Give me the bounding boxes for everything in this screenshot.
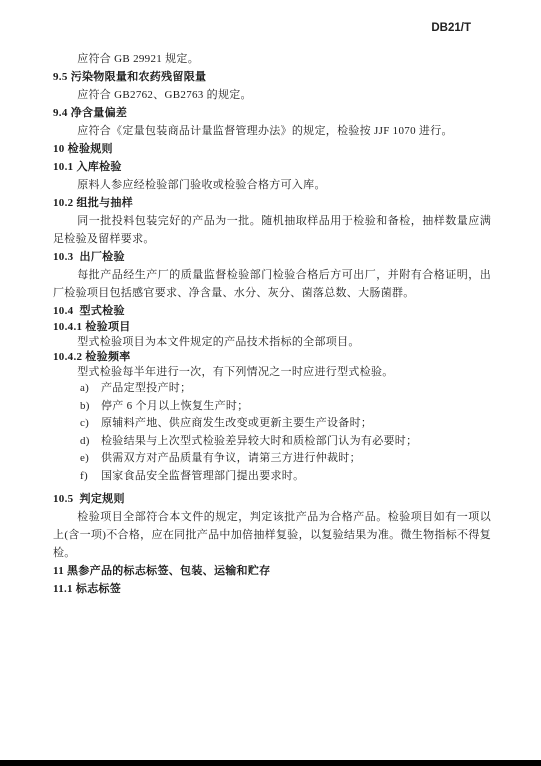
heading-10: 10 检验规则 [53,140,491,158]
paragraph-9-4: 应符合《定量包装商品计量监督管理办法》的规定，检验按 JJF 1070 进行。 [53,122,491,140]
page-edge-bar [0,760,541,766]
list-item: f) 国家食品安全监督管理部门提出要求时。 [80,468,491,486]
list-item-label: c) [80,415,101,433]
heading-10-4-1: 10.4.1 检验项目 [53,320,491,335]
heading-11: 11 黑参产品的标志标签、包装、运输和贮存 [53,562,491,580]
list-item: e) 供需双方对产品质量有争议，请第三方进行仲裁时； [80,450,491,468]
list-item-text: 国家食品安全监督管理部门提出要求时。 [101,468,491,486]
heading-10-4: 10.4 型式检验 [53,302,491,320]
doc-code-header: DB21/T [431,22,471,34]
paragraph-gb29921: 应符合 GB 29921 规定。 [53,50,491,68]
heading-10-4-2: 10.4.2 检验频率 [53,350,491,365]
list-item-label: f) [80,468,101,486]
list-item: b) 停产 6 个月以上恢复生产时； [80,398,491,416]
list-item-text: 停产 6 个月以上恢复生产时； [101,398,491,416]
document-page: DB21/T 应符合 GB 29921 规定。 9.5 污染物限量和农药残留限量… [0,0,541,766]
paragraph-10-4-2: 型式检验每半年进行一次，有下列情况之一时应进行型式检验。 [53,365,491,380]
list-item-label: d) [80,433,101,451]
list-item: a) 产品定型投产时； [80,380,491,398]
heading-10-2: 10.2 组批与抽样 [53,194,491,212]
page-content: 应符合 GB 29921 规定。 9.5 污染物限量和农药残留限量 应符合 GB… [53,50,491,598]
list-item-label: a) [80,380,101,398]
paragraph-10-1: 原料人参应经检验部门验收或检验合格方可入库。 [53,176,491,194]
list-item-text: 原辅料产地、供应商发生改变或更新主要生产设备时； [101,415,491,433]
list-item-text: 检验结果与上次型式检验差异较大时和质检部门认为有必要时； [101,433,491,451]
heading-9-5: 9.5 污染物限量和农药残留限量 [53,68,491,86]
list-item-text: 产品定型投产时； [101,380,491,398]
type-inspection-conditions-list: a) 产品定型投产时； b) 停产 6 个月以上恢复生产时； c) 原辅料产地、… [80,380,491,486]
list-item-text: 供需双方对产品质量有争议，请第三方进行仲裁时； [101,450,491,468]
heading-10-3: 10.3 出厂检验 [53,248,491,266]
heading-10-1: 10.1 入库检验 [53,158,491,176]
list-item: d) 检验结果与上次型式检验差异较大时和质检部门认为有必要时； [80,433,491,451]
heading-11-1: 11.1 标志标签 [53,580,491,598]
paragraph-10-5: 检验项目全部符合本文件的规定，判定该批产品为合格产品。检验项目如有一项以上(含一… [53,508,491,562]
list-item: c) 原辅料产地、供应商发生改变或更新主要生产设备时； [80,415,491,433]
paragraph-10-3: 每批产品经生产厂的质量监督检验部门检验合格后方可出厂，并附有合格证明，出厂检验项… [53,266,491,302]
heading-9-4: 9.4 净含量偏差 [53,104,491,122]
heading-10-5: 10.5 判定规则 [53,490,491,508]
paragraph-10-2: 同一批投料包装完好的产品为一批。随机抽取样品用于检验和备检，抽样数量应满足检验及… [53,212,491,248]
list-item-label: e) [80,450,101,468]
paragraph-10-4-1: 型式检验项目为本文件规定的产品技术指标的全部项目。 [53,335,491,350]
paragraph-9-5: 应符合 GB2762、GB2763 的规定。 [53,86,491,104]
list-item-label: b) [80,398,101,416]
